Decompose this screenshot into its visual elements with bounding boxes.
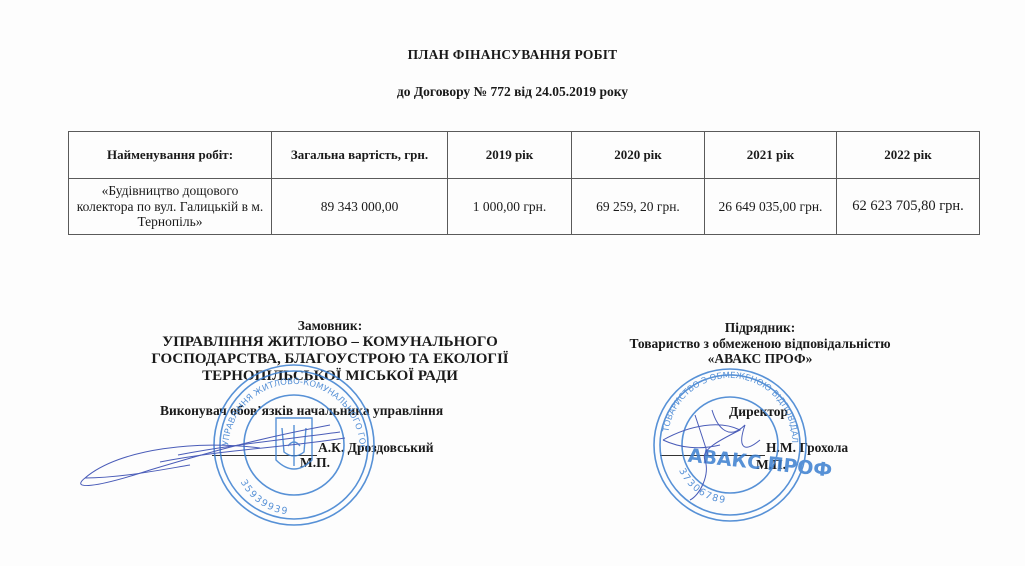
cell-2022: 62 623 705,80 грн.	[837, 179, 980, 235]
header-2022: 2022 рік	[837, 132, 980, 179]
customer-signatory: А.К. Дроздовський	[318, 440, 434, 456]
table-row: «Будівництво дощового колектора по вул. …	[69, 179, 980, 235]
header-work-name: Найменування робіт:	[69, 132, 272, 179]
cell-total-cost: 89 343 000,00	[272, 179, 448, 235]
customer-seal-mark: М.П.	[300, 455, 330, 471]
contractor-stamp-code: 37306789	[676, 466, 727, 506]
customer-org-line2: ГОСПОДАРСТВА, БЛАГОУСТРОЮ ТА ЕКОЛОГІЇ	[110, 351, 550, 368]
customer-org-line3: ТЕРНОПІЛЬСЬКОЇ МІСЬКОЇ РАДИ	[110, 368, 550, 385]
customer-stamp-code: 35939939	[238, 478, 290, 518]
table-header-row: Найменування робіт: Загальна вартість, г…	[69, 132, 980, 179]
cell-work-name: «Будівництво дощового колектора по вул. …	[69, 179, 272, 235]
header-2021: 2021 рік	[705, 132, 837, 179]
document-subtitle: до Договору № 772 від 24.05.2019 року	[0, 84, 1025, 100]
contractor-org-line1: Товариство з обмеженою відповідальністю	[590, 336, 930, 352]
customer-label: Замовник:	[110, 318, 550, 334]
svg-text:35939939: 35939939	[238, 478, 290, 518]
cell-2020: 69 259, 20 грн.	[572, 179, 705, 235]
cell-2019: 1 000,00 грн.	[448, 179, 572, 235]
customer-block: Замовник: УПРАВЛІННЯ ЖИТЛОВО – КОМУНАЛЬН…	[110, 318, 550, 385]
contractor-block: Підрядник: Товариство з обмеженою відпов…	[590, 320, 930, 367]
financing-table: Найменування робіт: Загальна вартість, г…	[68, 131, 980, 235]
contractor-signatory: Н.М. Грохола	[766, 440, 848, 456]
contractor-position: Директор	[729, 404, 788, 420]
contractor-signature-line	[660, 455, 765, 456]
contractor-label: Підрядник:	[590, 320, 930, 336]
cell-2021: 26 649 035,00 грн.	[705, 179, 837, 235]
customer-org-line1: УПРАВЛІННЯ ЖИТЛОВО – КОМУНАЛЬНОГО	[110, 334, 550, 351]
header-2020: 2020 рік	[572, 132, 705, 179]
contractor-org-line2: «АВАКС ПРОФ»	[590, 351, 930, 367]
document-title: ПЛАН ФІНАНСУВАННЯ РОБІТ	[0, 47, 1025, 63]
customer-position: Виконувач обов’язків начальника управлін…	[160, 403, 443, 419]
header-total-cost: Загальна вартість, грн.	[272, 132, 448, 179]
svg-text:37306789: 37306789	[676, 466, 727, 506]
header-2019: 2019 рік	[448, 132, 572, 179]
contractor-seal-mark: М.П.	[756, 457, 786, 473]
